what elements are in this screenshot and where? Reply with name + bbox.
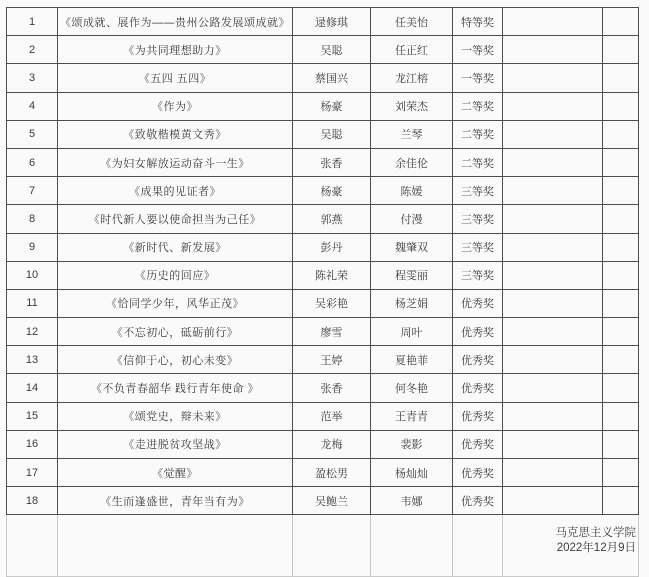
cell-index: 9: [7, 233, 58, 261]
cell-index: 16: [7, 430, 58, 458]
cell-award: 优秀奖: [453, 430, 503, 458]
cell-title: 《走进脱贫攻坚战》: [58, 430, 293, 458]
cell-blank-narrow: [603, 177, 639, 205]
footer-organization: 马克思主义学院: [503, 526, 636, 541]
cell-blank-wide: [503, 487, 603, 515]
cell-author-2: 裴影: [371, 430, 453, 458]
table-row: 10《历史的回应》陈礼荣程雯丽三等奖: [7, 261, 639, 289]
footer-blank-cell: [453, 515, 503, 577]
table-row: 11《恰同学少年，风华正茂》吴彩艳杨芝娟优秀奖: [7, 289, 639, 317]
cell-blank-wide: [503, 205, 603, 233]
cell-index: 17: [7, 459, 58, 487]
cell-author-2: 付漫: [371, 205, 453, 233]
table-row: 12《不忘初心，砥砺前行》廖雪周叶优秀奖: [7, 318, 639, 346]
cell-index: 2: [7, 36, 58, 64]
footer-date: 2022年12月9日: [503, 541, 636, 556]
cell-award: 二等奖: [453, 92, 503, 120]
cell-award: 三等奖: [453, 233, 503, 261]
table-row: 6《为妇女解放运动奋斗一生》张香余佳伦二等奖: [7, 148, 639, 176]
cell-author-2: 程雯丽: [371, 261, 453, 289]
cell-author-2: 兰琴: [371, 120, 453, 148]
cell-index: 4: [7, 92, 58, 120]
cell-title: 《觉醒》: [58, 459, 293, 487]
table-row: 4《作为》杨豪刘荣杰二等奖: [7, 92, 639, 120]
cell-award: 一等奖: [453, 64, 503, 92]
cell-blank-wide: [503, 8, 603, 36]
cell-index: 14: [7, 374, 58, 402]
cell-author-1: 蔡国兴: [293, 64, 371, 92]
cell-blank-narrow: [603, 120, 639, 148]
cell-blank-narrow: [603, 233, 639, 261]
cell-author-2: 陈媛: [371, 177, 453, 205]
cell-blank-wide: [503, 318, 603, 346]
cell-index: 11: [7, 289, 58, 317]
cell-blank-narrow: [603, 148, 639, 176]
table-row: 16《走进脱贫攻坚战》龙梅裴影优秀奖: [7, 430, 639, 458]
cell-award: 三等奖: [453, 261, 503, 289]
cell-award: 二等奖: [453, 148, 503, 176]
cell-index: 15: [7, 402, 58, 430]
cell-title: 《信仰于心，初心未变》: [58, 346, 293, 374]
cell-author-2: 韦娜: [371, 487, 453, 515]
cell-blank-narrow: [603, 402, 639, 430]
cell-blank-narrow: [603, 64, 639, 92]
cell-title: 《为共同理想助力》: [58, 36, 293, 64]
cell-award: 优秀奖: [453, 402, 503, 430]
cell-author-1: 吴聪: [293, 120, 371, 148]
footer-signature-cell: 马克思主义学院 2022年12月9日: [503, 515, 639, 577]
cell-author-1: 杨豪: [293, 92, 371, 120]
table-row: 15《颂党史，辩未来》范举王青青优秀奖: [7, 402, 639, 430]
footer-blank-cell: [371, 515, 453, 577]
cell-blank-narrow: [603, 346, 639, 374]
cell-blank-narrow: [603, 430, 639, 458]
cell-blank-wide: [503, 120, 603, 148]
cell-award: 优秀奖: [453, 318, 503, 346]
cell-title: 《致敬楷模黄文秀》: [58, 120, 293, 148]
cell-author-1: 彭丹: [293, 233, 371, 261]
table-row: 18《生而逢盛世，青年当有为》吴鲍兰韦娜优秀奖: [7, 487, 639, 515]
footer-blank-cell: [58, 515, 293, 577]
cell-index: 13: [7, 346, 58, 374]
cell-title: 《作为》: [58, 92, 293, 120]
cell-title: 《颂成就、展作为——贵州公路发展颂成就》: [58, 8, 293, 36]
cell-index: 10: [7, 261, 58, 289]
cell-award: 一等奖: [453, 36, 503, 64]
cell-title: 《时代新人要以使命担当为己任》: [58, 205, 293, 233]
cell-author-1: 吴鲍兰: [293, 487, 371, 515]
cell-award: 优秀奖: [453, 487, 503, 515]
table-row: 3《五四 五四》蔡国兴龙江榕一等奖: [7, 64, 639, 92]
cell-title: 《不负青春韶华 践行青年使命 》: [58, 374, 293, 402]
cell-author-1: 张香: [293, 148, 371, 176]
cell-blank-narrow: [603, 459, 639, 487]
cell-index: 12: [7, 318, 58, 346]
cell-author-2: 杨灿灿: [371, 459, 453, 487]
cell-blank-narrow: [603, 8, 639, 36]
cell-author-1: 龙梅: [293, 430, 371, 458]
cell-author-2: 任正红: [371, 36, 453, 64]
cell-award: 优秀奖: [453, 459, 503, 487]
cell-award: 优秀奖: [453, 289, 503, 317]
cell-blank-wide: [503, 64, 603, 92]
cell-author-1: 吴彩艳: [293, 289, 371, 317]
cell-title: 《不忘初心，砥砺前行》: [58, 318, 293, 346]
cell-blank-narrow: [603, 289, 639, 317]
cell-title: 《生而逢盛世，青年当有为》: [58, 487, 293, 515]
cell-index: 8: [7, 205, 58, 233]
cell-blank-wide: [503, 261, 603, 289]
footer-blank-cell: [7, 515, 58, 577]
cell-author-1: 张香: [293, 374, 371, 402]
cell-blank-narrow: [603, 374, 639, 402]
cell-blank-wide: [503, 36, 603, 64]
cell-author-1: 盈松男: [293, 459, 371, 487]
cell-author-1: 吴聪: [293, 36, 371, 64]
cell-author-2: 杨芝娟: [371, 289, 453, 317]
cell-index: 7: [7, 177, 58, 205]
cell-award: 三等奖: [453, 177, 503, 205]
cell-author-1: 范举: [293, 402, 371, 430]
cell-index: 18: [7, 487, 58, 515]
cell-author-1: 逯修琪: [293, 8, 371, 36]
table-row: 13《信仰于心，初心未变》王婷夏艳菲优秀奖: [7, 346, 639, 374]
table-row: 9《新时代、新发展》彭丹魏肇双三等奖: [7, 233, 639, 261]
cell-index: 3: [7, 64, 58, 92]
cell-title: 《颂党史，辩未来》: [58, 402, 293, 430]
cell-author-2: 何冬艳: [371, 374, 453, 402]
table-row: 2《为共同理想助力》吴聪任正红一等奖: [7, 36, 639, 64]
table-row: 5《致敬楷模黄文秀》吴聪兰琴二等奖: [7, 120, 639, 148]
cell-author-2: 周叶: [371, 318, 453, 346]
cell-blank-wide: [503, 177, 603, 205]
cell-author-1: 廖雪: [293, 318, 371, 346]
cell-title: 《成果的见证者》: [58, 177, 293, 205]
cell-award: 二等奖: [453, 120, 503, 148]
footer-row: 马克思主义学院 2022年12月9日: [7, 515, 639, 577]
scanned-award-document: 1《颂成就、展作为——贵州公路发展颂成就》逯修琪任美怡特等奖2《为共同理想助力》…: [0, 0, 649, 577]
cell-index: 1: [7, 8, 58, 36]
cell-award: 特等奖: [453, 8, 503, 36]
cell-blank-wide: [503, 402, 603, 430]
cell-author-2: 余佳伦: [371, 148, 453, 176]
cell-blank-wide: [503, 148, 603, 176]
cell-blank-wide: [503, 233, 603, 261]
cell-award: 三等奖: [453, 205, 503, 233]
table-row: 14《不负青春韶华 践行青年使命 》张香何冬艳优秀奖: [7, 374, 639, 402]
cell-title: 《恰同学少年，风华正茂》: [58, 289, 293, 317]
cell-title: 《历史的回应》: [58, 261, 293, 289]
cell-author-2: 魏肇双: [371, 233, 453, 261]
cell-title: 《为妇女解放运动奋斗一生》: [58, 148, 293, 176]
cell-author-1: 王婷: [293, 346, 371, 374]
cell-blank-narrow: [603, 487, 639, 515]
cell-author-1: 杨豪: [293, 177, 371, 205]
cell-blank-wide: [503, 346, 603, 374]
footer-blank-cell: [293, 515, 371, 577]
cell-blank-wide: [503, 92, 603, 120]
cell-index: 6: [7, 148, 58, 176]
cell-author-2: 龙江榕: [371, 64, 453, 92]
cell-award: 优秀奖: [453, 374, 503, 402]
cell-blank-wide: [503, 430, 603, 458]
cell-blank-narrow: [603, 318, 639, 346]
table-row: 8《时代新人要以使命担当为己任》郭燕付漫三等奖: [7, 205, 639, 233]
cell-blank-narrow: [603, 205, 639, 233]
cell-author-2: 刘荣杰: [371, 92, 453, 120]
cell-blank-narrow: [603, 261, 639, 289]
cell-award: 优秀奖: [453, 346, 503, 374]
table-row: 7《成果的见证者》杨豪陈媛三等奖: [7, 177, 639, 205]
cell-author-2: 夏艳菲: [371, 346, 453, 374]
table-row: 17《觉醒》盈松男杨灿灿优秀奖: [7, 459, 639, 487]
cell-title: 《新时代、新发展》: [58, 233, 293, 261]
table-row: 1《颂成就、展作为——贵州公路发展颂成就》逯修琪任美怡特等奖: [7, 8, 639, 36]
cell-author-2: 任美怡: [371, 8, 453, 36]
cell-author-2: 王青青: [371, 402, 453, 430]
cell-blank-narrow: [603, 92, 639, 120]
cell-blank-wide: [503, 374, 603, 402]
cell-author-1: 郭燕: [293, 205, 371, 233]
cell-blank-wide: [503, 459, 603, 487]
award-table-body: 1《颂成就、展作为——贵州公路发展颂成就》逯修琪任美怡特等奖2《为共同理想助力》…: [7, 8, 639, 515]
cell-author-1: 陈礼荣: [293, 261, 371, 289]
award-results-table: 1《颂成就、展作为——贵州公路发展颂成就》逯修琪任美怡特等奖2《为共同理想助力》…: [6, 7, 639, 577]
cell-index: 5: [7, 120, 58, 148]
cell-blank-wide: [503, 289, 603, 317]
cell-title: 《五四 五四》: [58, 64, 293, 92]
cell-blank-narrow: [603, 36, 639, 64]
